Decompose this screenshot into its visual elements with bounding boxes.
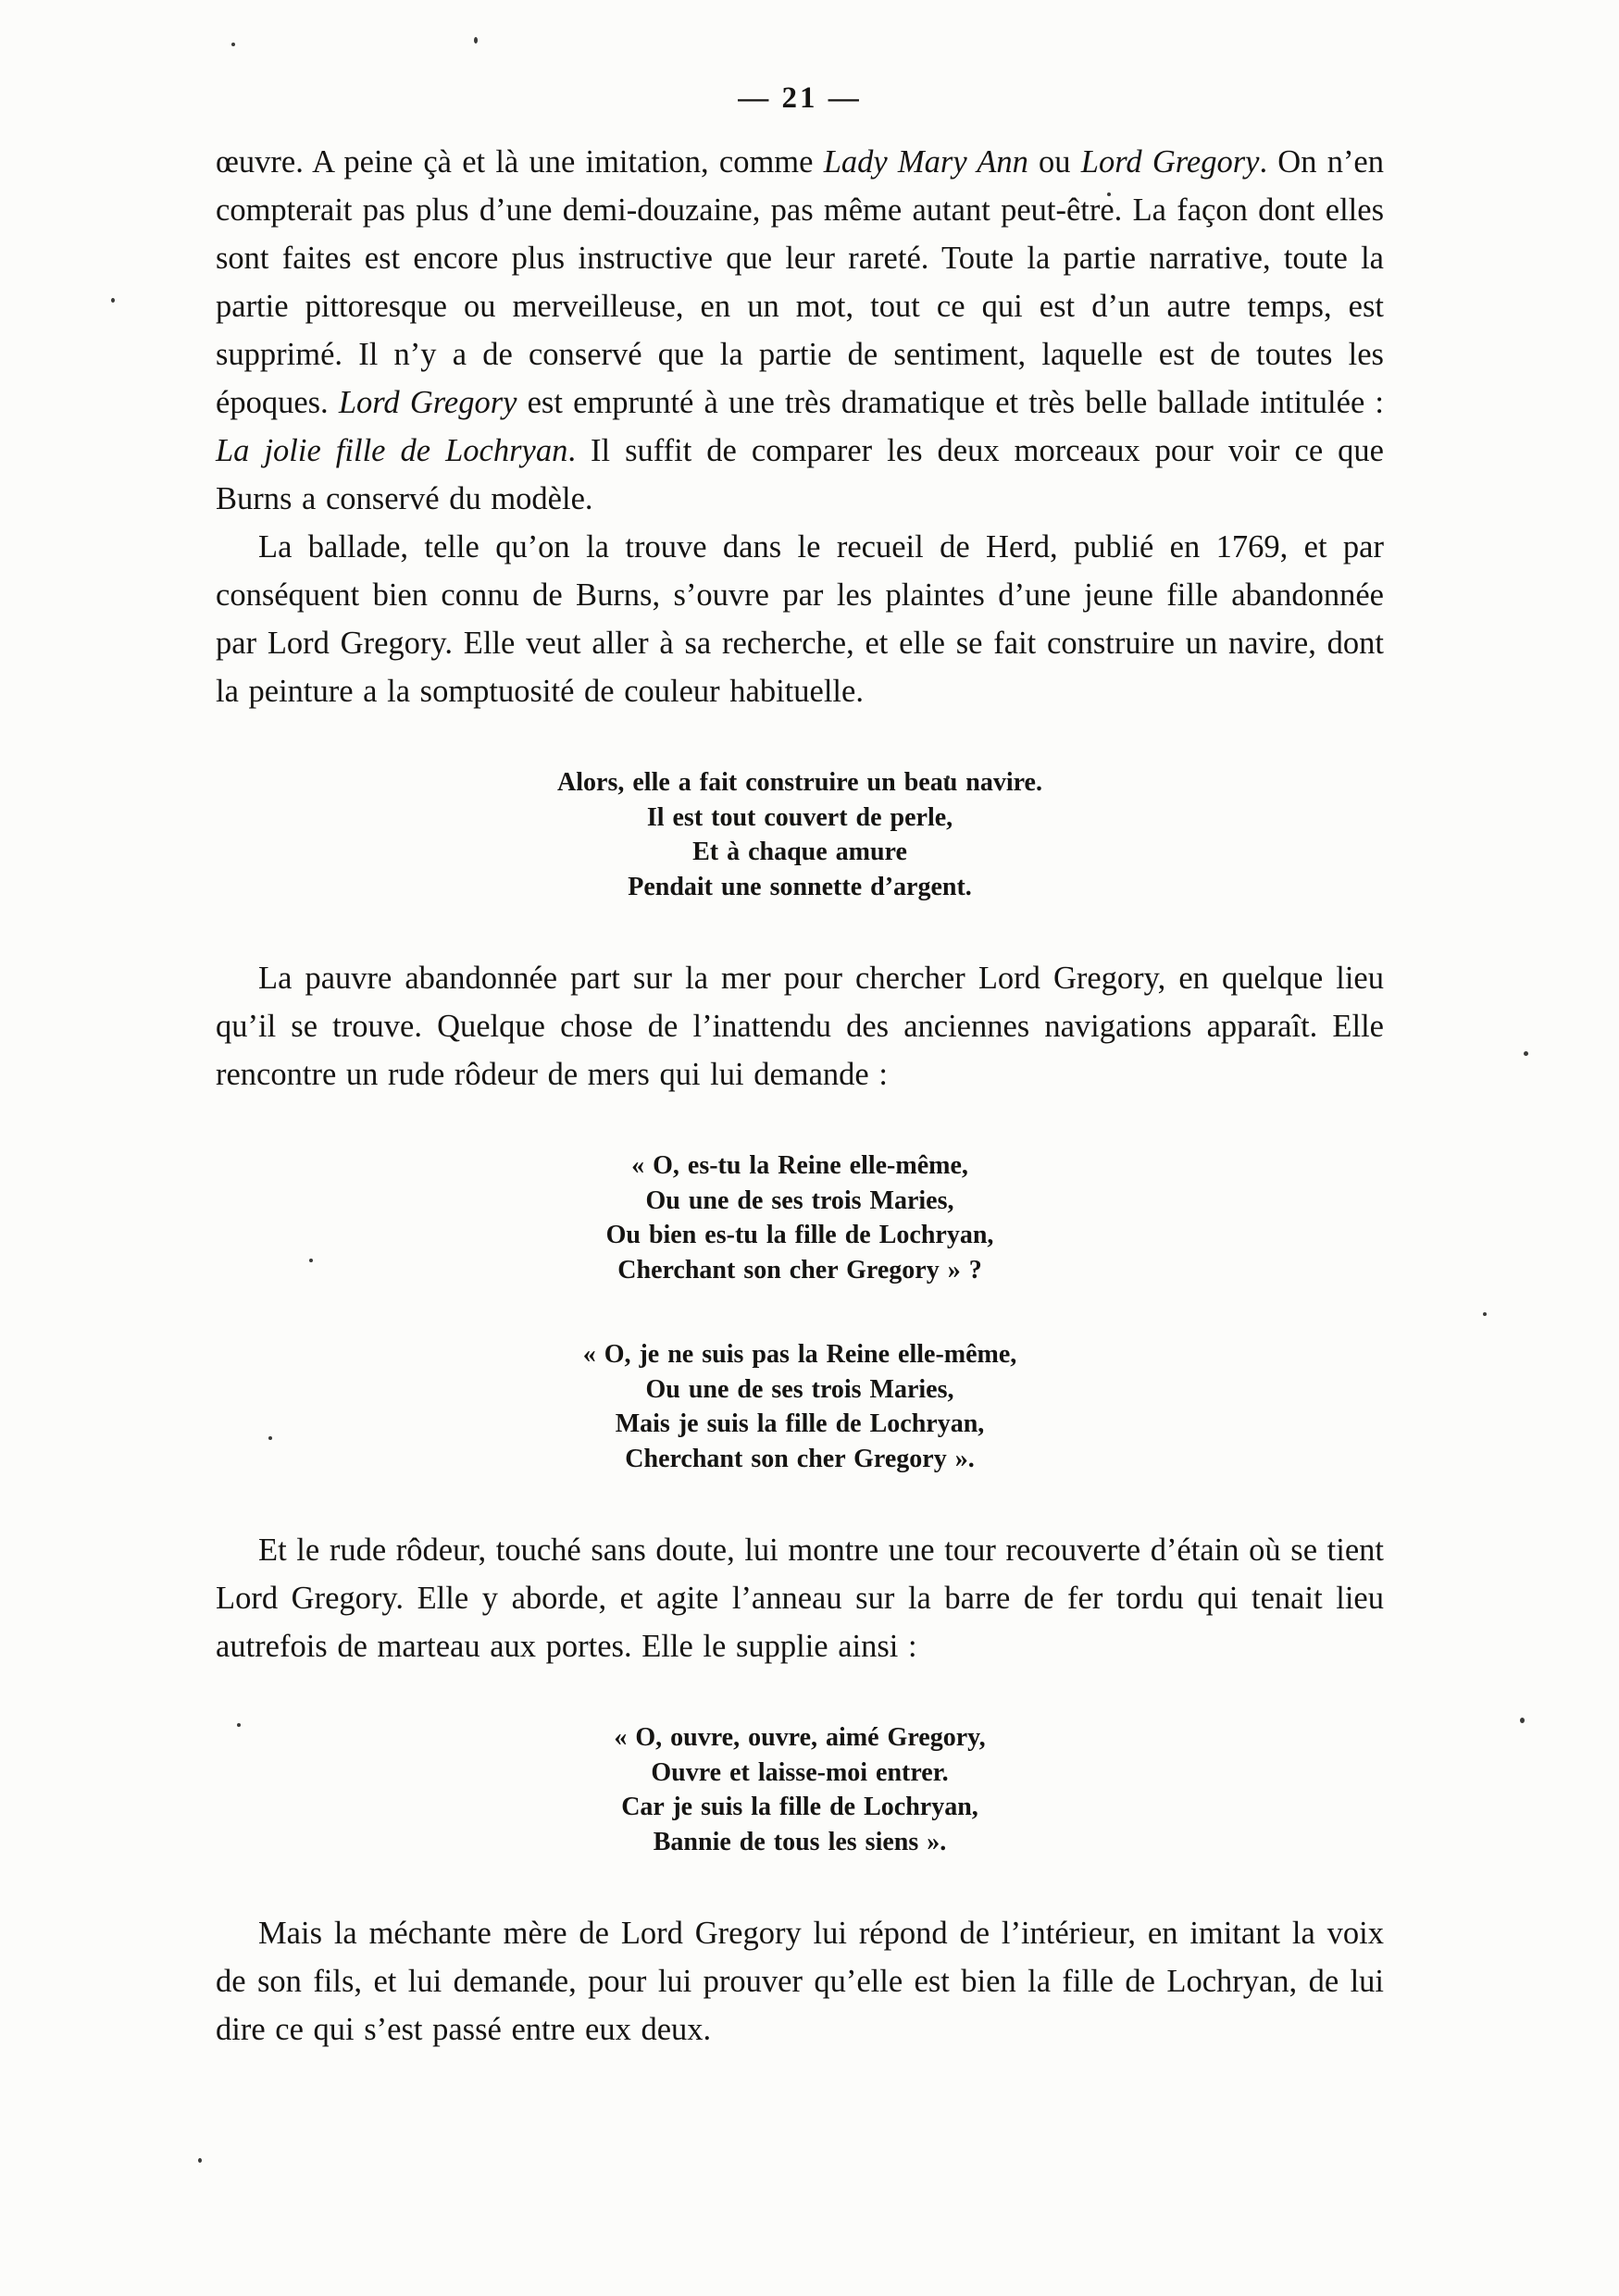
verse-line: « O, ouvre, ouvre, aimé Gregory, bbox=[216, 1720, 1384, 1756]
scan-speck bbox=[542, 1982, 546, 1986]
verse-line: Mais je suis la fille de Lochryan, bbox=[216, 1407, 1384, 1442]
scan-speck bbox=[474, 37, 478, 43]
paragraph-4: Et le rude rôdeur, touché sans doute, lu… bbox=[216, 1526, 1384, 1670]
scan-speck bbox=[268, 1436, 272, 1440]
verse-line: « O, es-tu la Reine elle-même, bbox=[216, 1148, 1384, 1184]
verse-line: Alors, elle a fait construire un beau na… bbox=[216, 765, 1384, 800]
verse-stanza-2: « O, es-tu la Reine elle-même, Ou une de… bbox=[216, 1148, 1384, 1287]
verse-line: Bannie de tous les siens ». bbox=[216, 1825, 1384, 1860]
scan-speck bbox=[231, 43, 235, 46]
paragraph-5: Mais la méchante mère de Lord Gregory lu… bbox=[216, 1909, 1384, 2054]
verse-stanza-1: Alors, elle a fait construire un beau na… bbox=[216, 765, 1384, 904]
page-content: œuvre. A peine çà et là une imitation, c… bbox=[216, 138, 1384, 2054]
scan-speck bbox=[198, 2158, 202, 2163]
scan-speck bbox=[309, 1259, 313, 1262]
book-page: — 21 — œuvre. A peine çà et là une imita… bbox=[0, 0, 1619, 2296]
paragraph-1: œuvre. A peine çà et là une imitation, c… bbox=[216, 138, 1384, 523]
verse-stanza-3: « O, je ne suis pas la Reine elle-même, … bbox=[216, 1337, 1384, 1476]
scan-speck bbox=[1524, 1051, 1528, 1056]
verse-line: Ouvre et laisse-moi entrer. bbox=[216, 1756, 1384, 1791]
paragraph-2: La ballade, telle qu’on la trouve dans l… bbox=[216, 523, 1384, 715]
scan-speck bbox=[237, 1723, 241, 1727]
scan-speck bbox=[1107, 192, 1111, 196]
verse-line: Car je suis la fille de Lochryan, bbox=[216, 1790, 1384, 1825]
verse-line: Ou bien es-tu la fille de Lochryan, bbox=[216, 1218, 1384, 1253]
page-number: — 21 — bbox=[216, 0, 1384, 116]
verse-line: Ou une de ses trois Maries, bbox=[216, 1184, 1384, 1219]
paragraph-3: La pauvre abandonnée part sur la mer pou… bbox=[216, 954, 1384, 1098]
scan-speck bbox=[111, 298, 115, 303]
verse-line: Pendait une sonnette d’argent. bbox=[216, 870, 1384, 905]
verse-stanza-4: « O, ouvre, ouvre, aimé Gregory, Ouvre e… bbox=[216, 1720, 1384, 1859]
scan-speck bbox=[946, 776, 950, 779]
verse-line: Et à chaque amure bbox=[216, 835, 1384, 870]
scan-speck bbox=[1520, 1718, 1525, 1723]
verse-line: « O, je ne suis pas la Reine elle-même, bbox=[216, 1337, 1384, 1372]
verse-line: Ou une de ses trois Maries, bbox=[216, 1372, 1384, 1408]
verse-line: Cherchant son cher Gregory » ? bbox=[216, 1253, 1384, 1288]
scan-speck bbox=[1483, 1312, 1487, 1316]
verse-line: Cherchant son cher Gregory ». bbox=[216, 1442, 1384, 1477]
verse-line: Il est tout couvert de perle, bbox=[216, 800, 1384, 836]
